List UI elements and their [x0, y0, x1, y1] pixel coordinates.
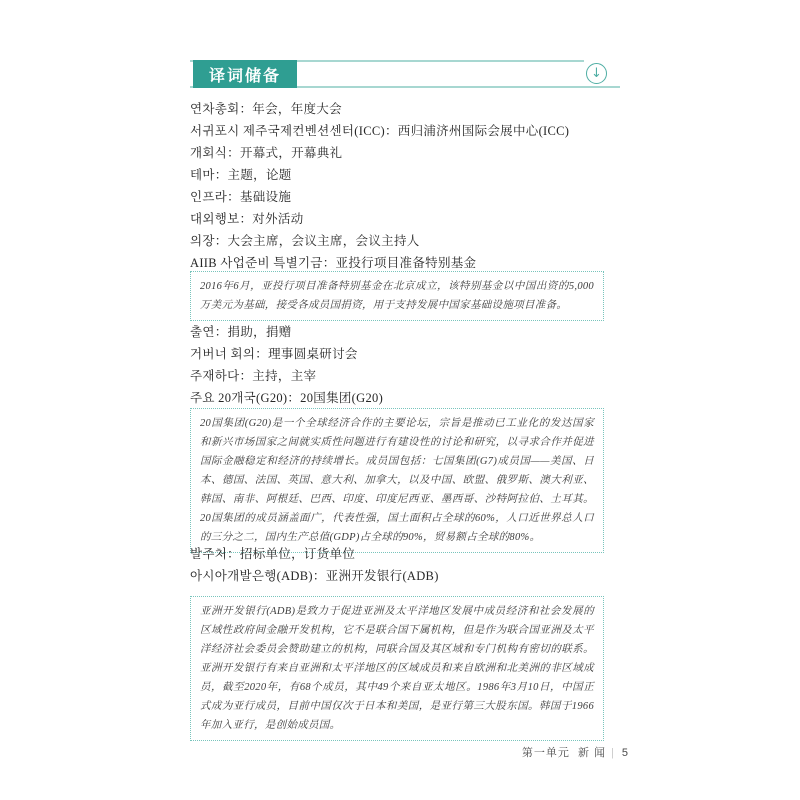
vocab-item: 서귀포시 제주국제컨벤션센터(ICC)：西归浦济州国际会展中心(ICC) [190, 120, 610, 142]
vocab-item: 발주처：招标单位，订货单位 [190, 543, 610, 565]
down-arrow-glyph: ↓ [591, 67, 602, 80]
page-content: 译词储备 ↓ 연차총회：年会，年度大会 서귀포시 제주국제컨벤션센터(ICC)：… [190, 60, 620, 88]
circle-down-arrow-icon: ↓ [586, 63, 607, 84]
note-box-adb: 亚洲开发银行(ADB)是致力于促进亚洲及太平洋地区发展中成员经济和社会发展的区域… [190, 596, 604, 741]
vocab-item: 개회식：开幕式，开幕典礼 [190, 142, 610, 164]
page-footer: 第一单元 新 闻|5 [190, 744, 628, 760]
vocab-item: 인프라：基础设施 [190, 186, 610, 208]
note-box-aiib: 2016年6月，亚投行项目准备特别基金在北京成立，该特别基金以中国出资的5,00… [190, 271, 604, 321]
vocab-item: 연차총회：年会，年度大会 [190, 98, 610, 120]
vocab-list-3: 발주처：招标单位，订货单位 아시아개발은행(ADB)：亚洲开发银行(ADB) [190, 543, 610, 587]
section-header: 译词储备 ↓ [190, 60, 620, 88]
footer-chapter: 新 闻 [578, 747, 606, 759]
vocab-item: 거버너 회의：理事圆桌研讨会 [190, 343, 610, 365]
vocab-item: 출연：捐助，捐赠 [190, 321, 610, 343]
vocab-item: 의장：大会主席，会议主席，会议主持人 [190, 230, 610, 252]
vocab-list-2: 출연：捐助，捐赠 거버너 회의：理事圆桌研讨会 주재하다：主持，主宰 주요 20… [190, 321, 610, 409]
footer-divider: | [611, 747, 615, 759]
vocab-item: 테마：主题，论题 [190, 164, 610, 186]
footer-unit: 第一单元 [522, 747, 570, 759]
vocab-item: 주재하다：主持，主宰 [190, 365, 610, 387]
vocab-item: 대외행보：对外活动 [190, 208, 610, 230]
vocab-item: 아시아개발은행(ADB)：亚洲开发银行(ADB) [190, 565, 610, 587]
vocab-list-1: 연차총회：年会，年度大会 서귀포시 제주국제컨벤션센터(ICC)：西归浦济州国际… [190, 98, 610, 274]
vocab-item: 주요 20개국(G20)：20国集团(G20) [190, 387, 610, 409]
page-number: 5 [622, 747, 628, 759]
note-box-g20: 20国集团(G20)是一个全球经济合作的主要论坛，宗旨是推动已工业化的发达国家和… [190, 408, 604, 553]
section-title: 译词储备 [193, 60, 297, 88]
